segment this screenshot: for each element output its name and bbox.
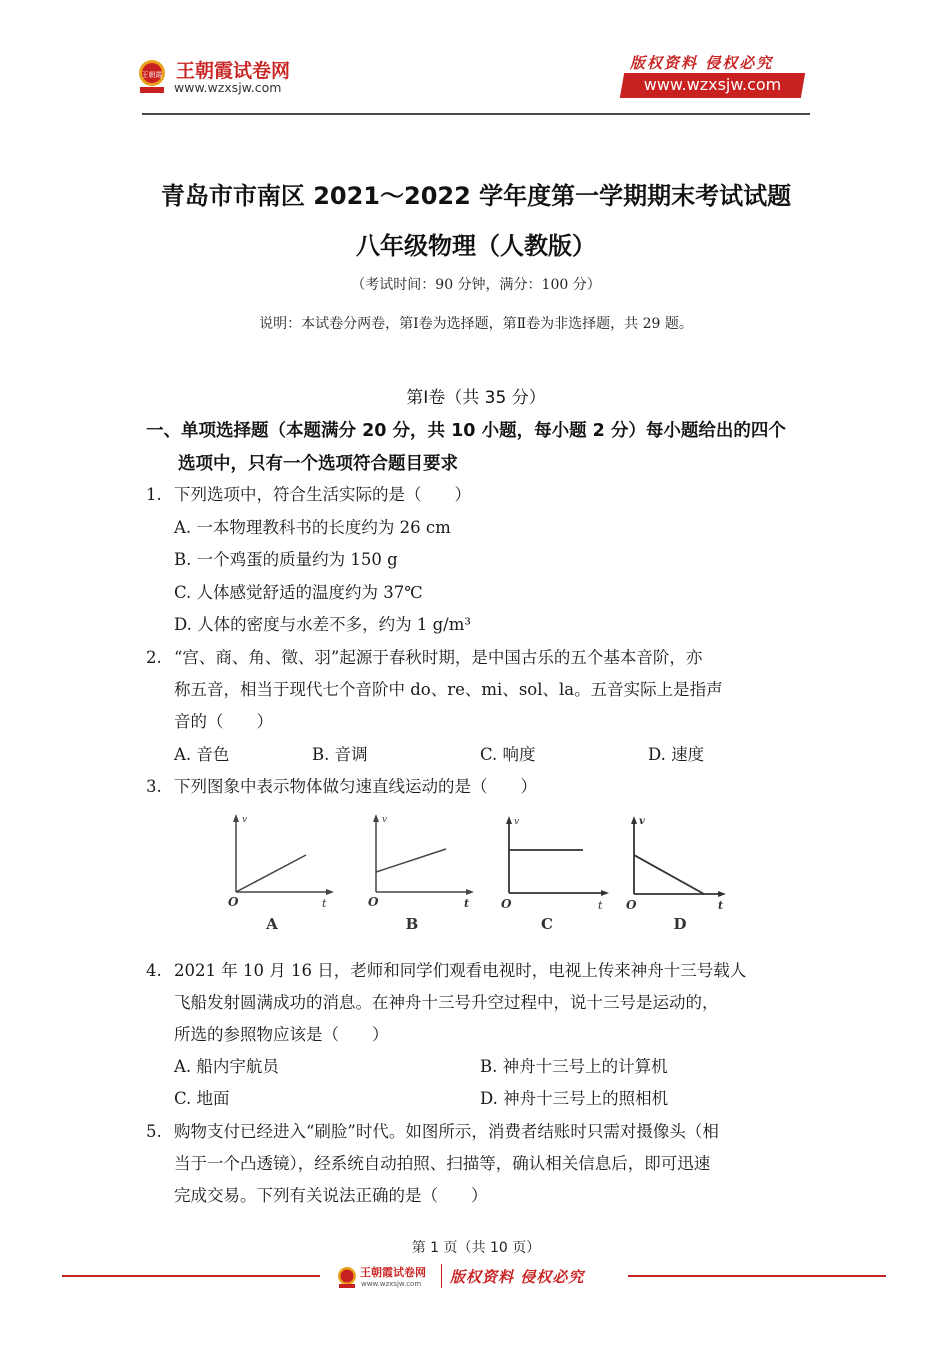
vt-graphs: v O t A v O t B v O t C xyxy=(222,810,732,940)
option-c: C. 响度 xyxy=(480,741,536,765)
question-stem-line: 称五音，相当于现代七个音阶中 do、re、mi、sol、la。五音实际上是指声 xyxy=(174,676,723,700)
question-number: 1. xyxy=(146,485,174,504)
question-stem: 下列图象中表示物体做匀速直线运动的是（ ） xyxy=(174,777,537,796)
footer-divider-right xyxy=(628,1275,886,1277)
question-3: 3.下列图象中表示物体做匀速直线运动的是（ ） xyxy=(146,773,537,797)
option-d: D. 神舟十三号上的照相机 xyxy=(480,1085,668,1109)
part-heading-line-2: 选项中，只有一个选项符合题目要求 xyxy=(146,448,816,481)
graph-b: v O t B xyxy=(362,810,482,940)
exam-info: （考试时间：90 分钟，满分：100 分） xyxy=(0,274,952,294)
exam-subtitle: 八年级物理（人教版） xyxy=(0,226,952,261)
option-c: C. 地面 xyxy=(174,1085,230,1109)
question-stem-line: 音的（ ） xyxy=(174,708,273,732)
part-heading: 一、单项选择题（本题满分 20 分，共 10 小题，每小题 2 分）每小题给出的… xyxy=(146,415,816,481)
graph-a: v O t A xyxy=(222,810,342,940)
question-number: 5. xyxy=(146,1122,174,1141)
option-b: B. 神舟十三号上的计算机 xyxy=(480,1053,668,1077)
svg-text:王朝霞: 王朝霞 xyxy=(142,70,163,79)
brand-name: 王朝霞试卷网 xyxy=(176,56,290,83)
graph-c: v O t C xyxy=(497,810,617,940)
graph-label: D xyxy=(620,915,740,933)
question-4: 4.2021 年 10 月 16 日，老师和同学们观看电视时，电视上传来神舟十三… xyxy=(146,957,746,981)
graph-d: v O t D xyxy=(622,810,742,940)
svg-text:v: v xyxy=(382,815,387,825)
svg-text:O: O xyxy=(228,895,239,909)
option-b: B. 一个鸡蛋的质量约为 150 g xyxy=(174,546,398,570)
svg-text:t: t xyxy=(598,899,603,912)
question-stem: 下列选项中，符合生活实际的是（ ） xyxy=(174,485,471,504)
part-heading-line-1: 一、单项选择题（本题满分 20 分，共 10 小题，每小题 2 分）每小题给出的… xyxy=(146,421,786,441)
footer-brand-name: 王朝霞试卷网 xyxy=(360,1264,426,1280)
question-number: 3. xyxy=(146,777,174,796)
copyright-slogan: 版权资料 侵权必究 xyxy=(630,52,773,73)
question-stem-line: 当于一个凸透镜），经系统自动拍照、扫描等，确认相关信息后，即可迅速 xyxy=(174,1150,710,1174)
footer-logo-badge-icon xyxy=(337,1265,357,1289)
svg-text:O: O xyxy=(501,897,512,911)
header-divider xyxy=(142,113,810,115)
footer-brand-url[interactable]: www.wzxsjw.com xyxy=(361,1280,421,1288)
question-number: 2. xyxy=(146,648,174,667)
question-5: 5.购物支付已经进入“刷脸”时代。如图所示，消费者结账时只需对摄像头（相 xyxy=(146,1118,719,1142)
svg-text:v: v xyxy=(639,816,645,827)
svg-text:v: v xyxy=(514,817,519,827)
brand-logo-badge-icon: 王朝霞 xyxy=(137,56,167,96)
question-stem-line: 飞船发射圆满成功的消息。在神舟十三号升空过程中，说十三号是运动的， xyxy=(174,989,719,1013)
svg-text:t: t xyxy=(464,897,469,910)
question-stem: “宫、商、角、徵、羽”起源于春秋时期，是中国古乐的五个基本音阶，亦 xyxy=(174,648,702,667)
svg-text:O: O xyxy=(368,895,379,909)
graph-label: B xyxy=(352,915,472,933)
option-d: D. 速度 xyxy=(648,741,704,765)
footer-slogan: 版权资料 侵权必究 xyxy=(450,1266,584,1287)
question-number: 4. xyxy=(146,961,174,980)
exam-note: 说明：本试卷分两卷，第Ⅰ卷为选择题，第Ⅱ卷为非选择题，共 29 题。 xyxy=(0,313,952,333)
question-stem: 2021 年 10 月 16 日，老师和同学们观看电视时，电视上传来神舟十三号载… xyxy=(174,961,746,980)
option-a: A. 一本物理教科书的长度约为 26 cm xyxy=(174,514,451,538)
section-title: 第Ⅰ卷（共 35 分） xyxy=(0,383,952,408)
option-c: C. 人体感觉舒适的温度约为 37℃ xyxy=(174,579,423,603)
svg-text:v: v xyxy=(242,815,247,825)
brand-url[interactable]: www.wzxsjw.com xyxy=(174,80,281,95)
svg-text:t: t xyxy=(322,897,327,910)
option-a: A. 船内宇航员 xyxy=(174,1053,279,1077)
svg-text:t: t xyxy=(718,899,723,912)
option-b: B. 音调 xyxy=(312,741,368,765)
footer-separator xyxy=(441,1264,442,1288)
page-number: 第 1 页（共 10 页） xyxy=(0,1237,952,1257)
graph-label: C xyxy=(487,915,607,933)
question-stem-line: 完成交易。下列有关说法正确的是（ ） xyxy=(174,1182,488,1206)
exam-title: 青岛市市南区 2021～2022 学年度第一学期期末考试试题 xyxy=(0,176,952,211)
url-banner-link[interactable]: www.wzxsjw.com xyxy=(630,75,795,94)
question-2: 2.“宫、商、角、徵、羽”起源于春秋时期，是中国古乐的五个基本音阶，亦 xyxy=(146,644,702,668)
footer-divider-left xyxy=(62,1275,320,1277)
svg-text:O: O xyxy=(626,898,637,912)
question-1: 1.下列选项中，符合生活实际的是（ ） xyxy=(146,481,471,505)
option-a: A. 音色 xyxy=(174,741,229,765)
question-stem-line: 所选的参照物应该是（ ） xyxy=(174,1021,389,1045)
question-stem: 购物支付已经进入“刷脸”时代。如图所示，消费者结账时只需对摄像头（相 xyxy=(174,1122,719,1141)
graph-label: A xyxy=(212,915,332,933)
option-d: D. 人体的密度与水差不多，约为 1 g/m³ xyxy=(174,611,471,635)
